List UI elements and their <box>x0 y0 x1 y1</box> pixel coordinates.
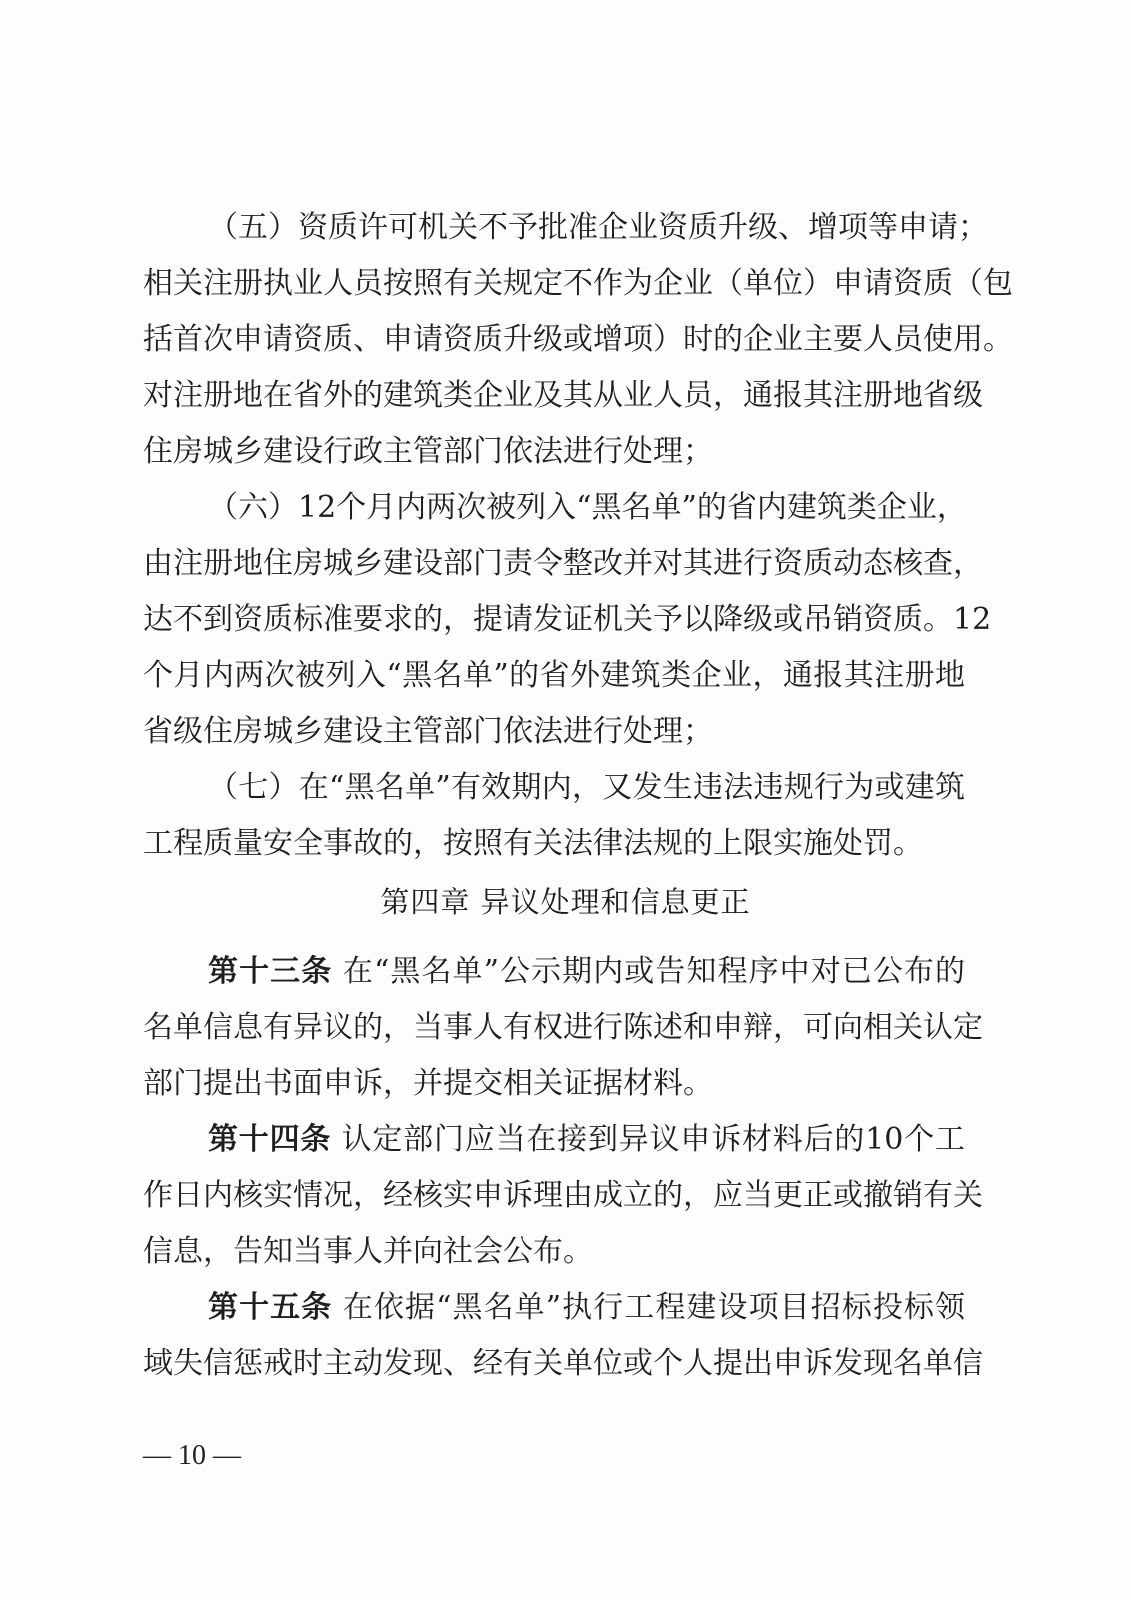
paragraph-line: 信息，告知当事人并向社会公布。 <box>143 1232 965 1272</box>
article-label: 第十五条 <box>208 1290 332 1325</box>
document-page: （五）资质许可机关不予批准企业资质升级、增项等申请； 相关注册执业人员按照有关规… <box>0 0 1131 1600</box>
article-text: 在“黑名单”公示期内或告知程序中对已公布的 <box>343 954 965 989</box>
paragraph-line: 对注册地在省外的建筑类企业及其从业人员，通报其注册地省级 <box>143 376 965 416</box>
article-label: 第十四条 <box>208 1122 331 1157</box>
paragraph-line: 部门提出书面申诉，并提交相关证据材料。 <box>143 1064 965 1104</box>
paragraph-line: 个月内两次被列入“黑名单”的省外建筑类企业，通报其注册地 <box>143 656 965 696</box>
article-first-line: 第十四条 认定部门应当在接到异议申诉材料后的10个工 <box>208 1120 965 1160</box>
paragraph-line: 作日内核实情况，经核实申诉理由成立的，应当更正或撤销有关 <box>143 1176 965 1216</box>
article-text: 在依据“黑名单”执行工程建设项目招标投标领 <box>343 1290 965 1325</box>
article-first-line: 第十五条 在依据“黑名单”执行工程建设项目招标投标领 <box>208 1288 965 1328</box>
chapter-title: 第四章 异议处理和信息更正 <box>0 882 1131 922</box>
page-number: — 10 — <box>143 1440 241 1472</box>
paragraph-line: （六）12个月内两次被列入“黑名单”的省内建筑类企业， <box>208 488 965 528</box>
paragraph-line: 省级住房城乡建设主管部门依法进行处理； <box>143 712 965 752</box>
article-first-line: 第十三条 在“黑名单”公示期内或告知程序中对已公布的 <box>208 952 965 992</box>
article-label: 第十三条 <box>208 954 332 989</box>
paragraph-line: （五）资质许可机关不予批准企业资质升级、增项等申请； <box>208 208 965 248</box>
paragraph-line: 域失信惩戒时主动发现、经有关单位或个人提出申诉发现名单信 <box>143 1344 965 1384</box>
paragraph-line: 工程质量安全事故的，按照有关法律法规的上限实施处罚。 <box>143 824 965 864</box>
paragraph-line: 达不到资质标准要求的，提请发证机关予以降级或吊销资质。12 <box>143 600 965 640</box>
paragraph-line: 住房城乡建设行政主管部门依法进行处理； <box>143 432 965 472</box>
paragraph-line: 括首次申请资质、申请资质升级或增项）时的企业主要人员使用。 <box>143 320 965 360</box>
paragraph-line: 相关注册执业人员按照有关规定不作为企业（单位）申请资质（包 <box>143 264 965 304</box>
paragraph-line: （七）在“黑名单”有效期内，又发生违法违规行为或建筑 <box>208 768 965 808</box>
paragraph-line: 由注册地住房城乡建设部门责令整改并对其进行资质动态核查， <box>143 544 965 584</box>
paragraph-line: 名单信息有异议的，当事人有权进行陈述和申辩，可向相关认定 <box>143 1008 965 1048</box>
article-text: 认定部门应当在接到异议申诉材料后的10个工 <box>342 1122 965 1157</box>
